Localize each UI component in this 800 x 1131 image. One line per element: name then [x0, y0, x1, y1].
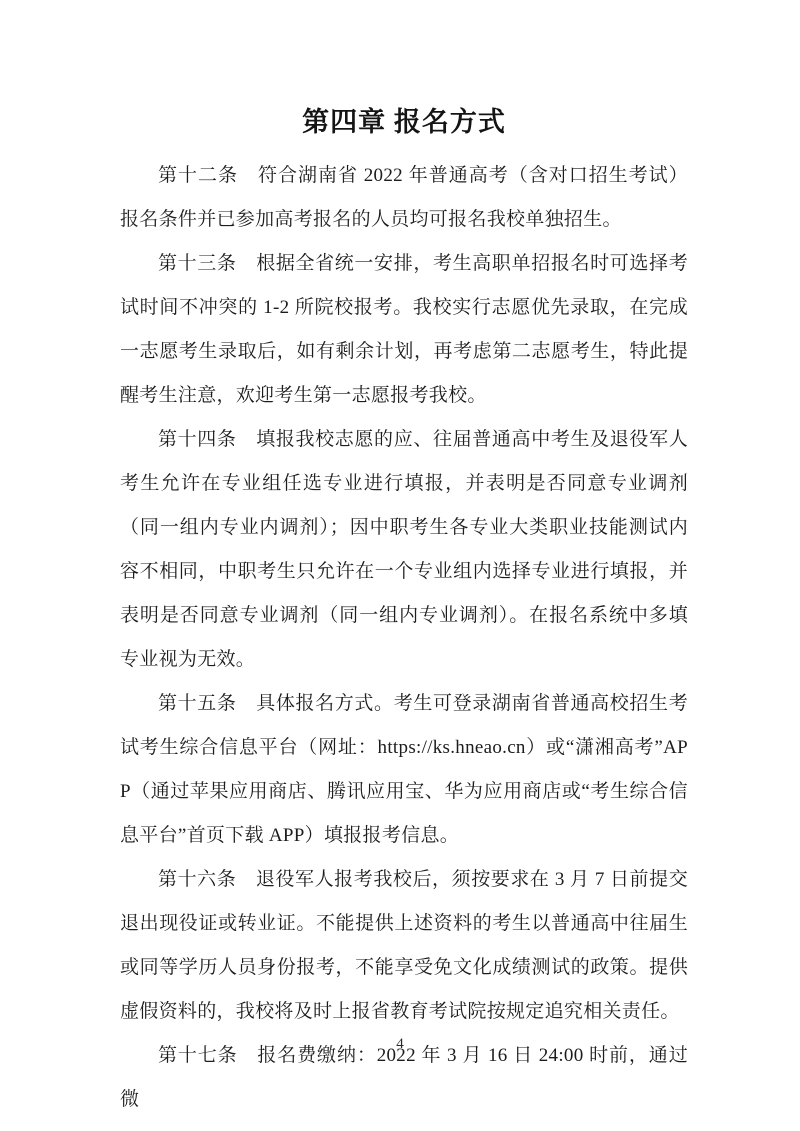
document-page: 第四章 报名方式 第十二条 符合湖南省 2022 年普通高考（含对口招生考试）报…	[0, 0, 800, 1131]
page-number: 4	[0, 1037, 800, 1052]
document-body: 第十二条 符合湖南省 2022 年普通高考（含对口招生考试）报名条件并已参加高考…	[120, 154, 688, 1122]
chapter-title: 第四章 报名方式	[120, 104, 688, 140]
paragraph-article-16: 第十六条 退役军人报考我校后，须按要求在 3 月 7 日前提交退出现役证或转业证…	[120, 858, 688, 1034]
paragraph-article-14: 第十四条 填报我校志愿的应、往届普通高中考生及退役军人考生允许在专业组任选专业进…	[120, 418, 688, 682]
paragraph-article-12: 第十二条 符合湖南省 2022 年普通高考（含对口招生考试）报名条件并已参加高考…	[120, 154, 688, 242]
paragraph-article-13: 第十三条 根据全省统一安排，考生高职单招报名时可选择考试时间不冲突的 1-2 所…	[120, 242, 688, 418]
paragraph-article-15: 第十五条 具体报名方式。考生可登录湖南省普通高校招生考试考生综合信息平台（网址：…	[120, 682, 688, 858]
